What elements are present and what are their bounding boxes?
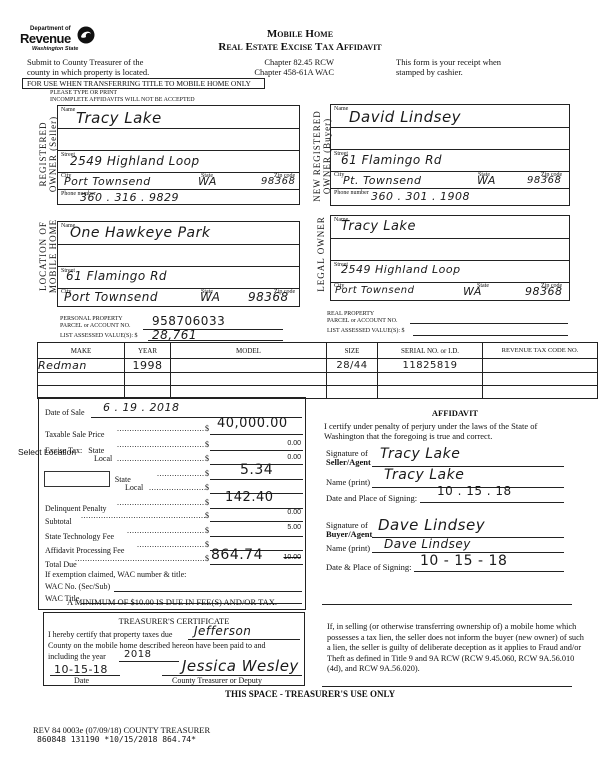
select-location-input[interactable] (44, 471, 110, 487)
buyer-city-field[interactable]: Pt. Townsend (343, 174, 421, 187)
col-revenue-tax-code: REVENUE TAX CODE NO. (483, 343, 598, 359)
buyer-name-field[interactable]: David Lindsey (349, 108, 461, 126)
total-due-field[interactable]: 864.74 (211, 547, 263, 563)
make-cell[interactable]: Redman (38, 359, 125, 373)
payment-stamp: 860848 131190 *10/15/2018 864.74* (37, 735, 196, 744)
legal-owner-city-field[interactable]: Port Townsend (335, 285, 414, 296)
treasurer-year-field[interactable]: 2018 (124, 649, 151, 660)
line-affidavit-processing-fee: Affidavit Processing Fee................… (45, 540, 303, 552)
incomplete-notice: INCOMPLETE AFFIDAVITS WILL NOT BE ACCEPT… (50, 97, 195, 103)
buyer-date-place-field[interactable]: 10 - 15 - 18 (420, 553, 507, 569)
affidavit-certification: I certify under penalty of perjury under… (324, 421, 537, 441)
dor-logo: Department of Revenue Washington State (20, 26, 100, 58)
buyer-name-print-field[interactable]: Dave Lindsey (384, 537, 471, 551)
submit-instruction: Submit to County Treasurer of the county… (27, 57, 149, 77)
delinquent-interest-state-field[interactable]: 5.34 (240, 462, 273, 478)
seller-name-print-label: Name (print) (326, 477, 370, 487)
line-subtotal: Subtotal................................… (45, 511, 303, 523)
seller-state-field[interactable]: WA (198, 175, 217, 188)
buyer-phone-field[interactable]: 360 . 301 . 1908 (371, 190, 470, 203)
seller-name-field[interactable]: Tracy Lake (76, 109, 162, 127)
taxable-sale-price-field[interactable]: 40,000.00 (217, 416, 288, 431)
type-or-print: PLEASE TYPE OR PRINT (50, 90, 117, 96)
chapter-refs: Chapter 82.45 RCW Chapter 458-61A WAC (252, 57, 334, 77)
exemption-label: If exemption claimed, WAC number & title… (45, 570, 186, 579)
seller-zip-field[interactable]: 98368 (261, 176, 295, 187)
date-of-sale-label: Date of Sale (45, 408, 85, 417)
delinquent-penalty-field[interactable]: 142.40 (225, 490, 274, 505)
title-line-2: Real Estate Excise Tax Affidavit (180, 41, 420, 54)
real-property-label: REAL PROPERTY PARCEL or ACCOUNT NO. (327, 311, 397, 324)
size-cell[interactable]: 28/44 (327, 359, 378, 373)
date-of-sale-field[interactable]: 6 . 19 . 2018 (103, 401, 179, 414)
revenue-code-cell[interactable] (483, 359, 598, 373)
serial-cell[interactable]: 11825819 (378, 359, 483, 373)
line-total-due: Total Due...............................… (45, 554, 303, 566)
seller-date-place-label: Date and Place of Signing: (326, 493, 417, 503)
treasurer-certificate-box: TREASURER'S CERTIFICATE I hereby certify… (43, 612, 305, 686)
buyer-street-field[interactable]: 61 Flamingo Rd (341, 153, 442, 167)
subtotal-field[interactable]: 0.00 (287, 509, 301, 516)
seller-signature-label: Signature of Seller/Agent (326, 449, 371, 468)
buyer-box: Name David Lindsey Street 61 Flamingo Rd… (330, 104, 570, 206)
personal-property-label: PERSONAL PROPERTY PARCEL or ACCOUNT NO. (60, 316, 130, 329)
buyer-name-print-label: Name (print) (326, 543, 370, 553)
excise-state-field[interactable]: 0.00 (287, 440, 301, 447)
seller-date-place-field[interactable]: 10 . 15 . 18 (437, 484, 512, 498)
legal-owner-street-field[interactable]: 2549 Highland Loop (341, 263, 461, 276)
location-name-field[interactable]: One Hawkeye Park (70, 225, 210, 241)
buyer-signature-label: Signature of Buyer/Agent (326, 521, 372, 540)
seller-section-label: REGISTERED OWNER (Seller) (38, 106, 58, 202)
personal-property-account-field[interactable]: 958706033 (152, 314, 225, 328)
buyer-zip-field[interactable]: 98368 (527, 175, 561, 186)
legal-owner-section-label: LEGAL OWNER (316, 214, 326, 294)
seller-phone-field[interactable]: 360 . 316 . 9829 (80, 191, 179, 204)
personal-assessed-label: LIST ASSESSED VALUE(S): $ (60, 333, 138, 339)
seller-street-field[interactable]: 2549 Highland Loop (70, 154, 200, 168)
mobile-home-table: MAKE YEAR MODEL SIZE SERIAL NO. or I.D. … (37, 342, 598, 399)
excise-local-field[interactable]: 0.00 (287, 454, 301, 461)
treasurer-certificate-title: TREASURER'S CERTIFICATE (44, 616, 304, 626)
real-assessed-label: LIST ASSESSED VALUE(S): $ (327, 328, 405, 334)
tax-calculation-box: Date of Sale 6 . 19 . 2018 Taxable Sale … (38, 397, 306, 610)
seller-name-print-field[interactable]: Tracy Lake (384, 467, 464, 483)
location-state-field[interactable]: WA (200, 290, 220, 304)
legal-owner-state-field[interactable]: WA (463, 285, 482, 298)
seller-city-field[interactable]: Port Townsend (64, 175, 151, 188)
table-header-row: MAKE YEAR MODEL SIZE SERIAL NO. or I.D. … (38, 343, 598, 359)
logo-revenue: Revenue (20, 31, 71, 46)
state-technology-fee-field[interactable]: 5.00 (287, 524, 301, 531)
form-id: REV 84 0003e (07/09/18) COUNTY TREASURER (33, 725, 210, 735)
title-line-1: Mobile Home (180, 28, 420, 41)
select-location-label: Select Location (18, 447, 76, 457)
seller-signature-field[interactable]: Tracy Lake (380, 446, 460, 462)
model-cell[interactable] (171, 359, 327, 373)
col-year: YEAR (125, 343, 171, 359)
location-section-label: LOCATION OF MOBILE HOME (38, 212, 58, 300)
location-box: Name One Hawkeye Park Street 61 Flamingo… (57, 221, 300, 307)
col-make: MAKE (38, 343, 125, 359)
legal-owner-name-field[interactable]: Tracy Lake (341, 219, 416, 234)
col-size: SIZE (327, 343, 378, 359)
table-row (38, 373, 598, 386)
total-due-struck-value: 10.00 (283, 554, 301, 561)
wave-logo-icon (77, 26, 95, 44)
legal-owner-zip-field[interactable]: 98368 (525, 285, 563, 298)
personal-assessed-value-field[interactable]: 28,761 (152, 328, 197, 342)
receipt-notice: This form is your receipt when stamped b… (396, 57, 501, 77)
affidavit-title: AFFIDAVIT (310, 408, 600, 418)
buyer-signature-field[interactable]: Dave Lindsey (378, 516, 485, 534)
wac-no-label: WAC No. (Sec/Sub) (45, 582, 110, 591)
line-state-technology-fee: State Technology Fee....................… (45, 526, 303, 538)
line-excise-state: Excise Tax: State.......................… (45, 440, 303, 452)
buyer-state-field[interactable]: WA (477, 174, 496, 187)
buyer-date-place-label: Date & Place of Signing: (326, 562, 411, 572)
minimum-due-notice: A MINIMUM OF $10.00 IS DUE IN FEE(S) AND… (38, 597, 306, 607)
location-street-field[interactable]: 61 Flamingo Rd (66, 269, 167, 283)
line-taxable-sale-price: Taxable Sale Price......................… (45, 424, 303, 436)
seller-box: Name Tracy Lake Street 2549 Highland Loo… (57, 105, 300, 205)
buyer-section-label: NEW REGISTERED OWNER (Buyer) (312, 104, 332, 208)
transfer-notice: FOR USE WHEN TRANSFERRING TITLE TO MOBIL… (22, 78, 265, 89)
table-row: Redman 1998 28/44 11825819 (38, 359, 598, 373)
line-delinquent-penalty: Delinquent Penalty......................… (45, 498, 303, 510)
logo-washington-state: Washington State (32, 46, 78, 52)
treasurer-date-field[interactable]: 10-15-18 (54, 663, 108, 676)
treasurer-county-field[interactable]: Jefferson (194, 624, 251, 638)
treasurer-signature-field[interactable]: Jessica Wesley (182, 657, 299, 675)
lien-notice: If, in selling (or otherwise transferrin… (327, 622, 585, 675)
legal-owner-box: Name Tracy Lake Street 2549 Highland Loo… (330, 215, 570, 301)
treasurer-use-only: THIS SPACE - TREASURER'S USE ONLY (225, 689, 395, 699)
form-title: Mobile Home Real Estate Excise Tax Affid… (180, 28, 420, 54)
location-city-field[interactable]: Port Townsend (64, 290, 158, 304)
year-cell[interactable]: 1998 (125, 359, 171, 373)
location-zip-field[interactable]: 98368 (248, 290, 289, 304)
col-serial: SERIAL NO. or I.D. (378, 343, 483, 359)
col-model: MODEL (171, 343, 327, 359)
